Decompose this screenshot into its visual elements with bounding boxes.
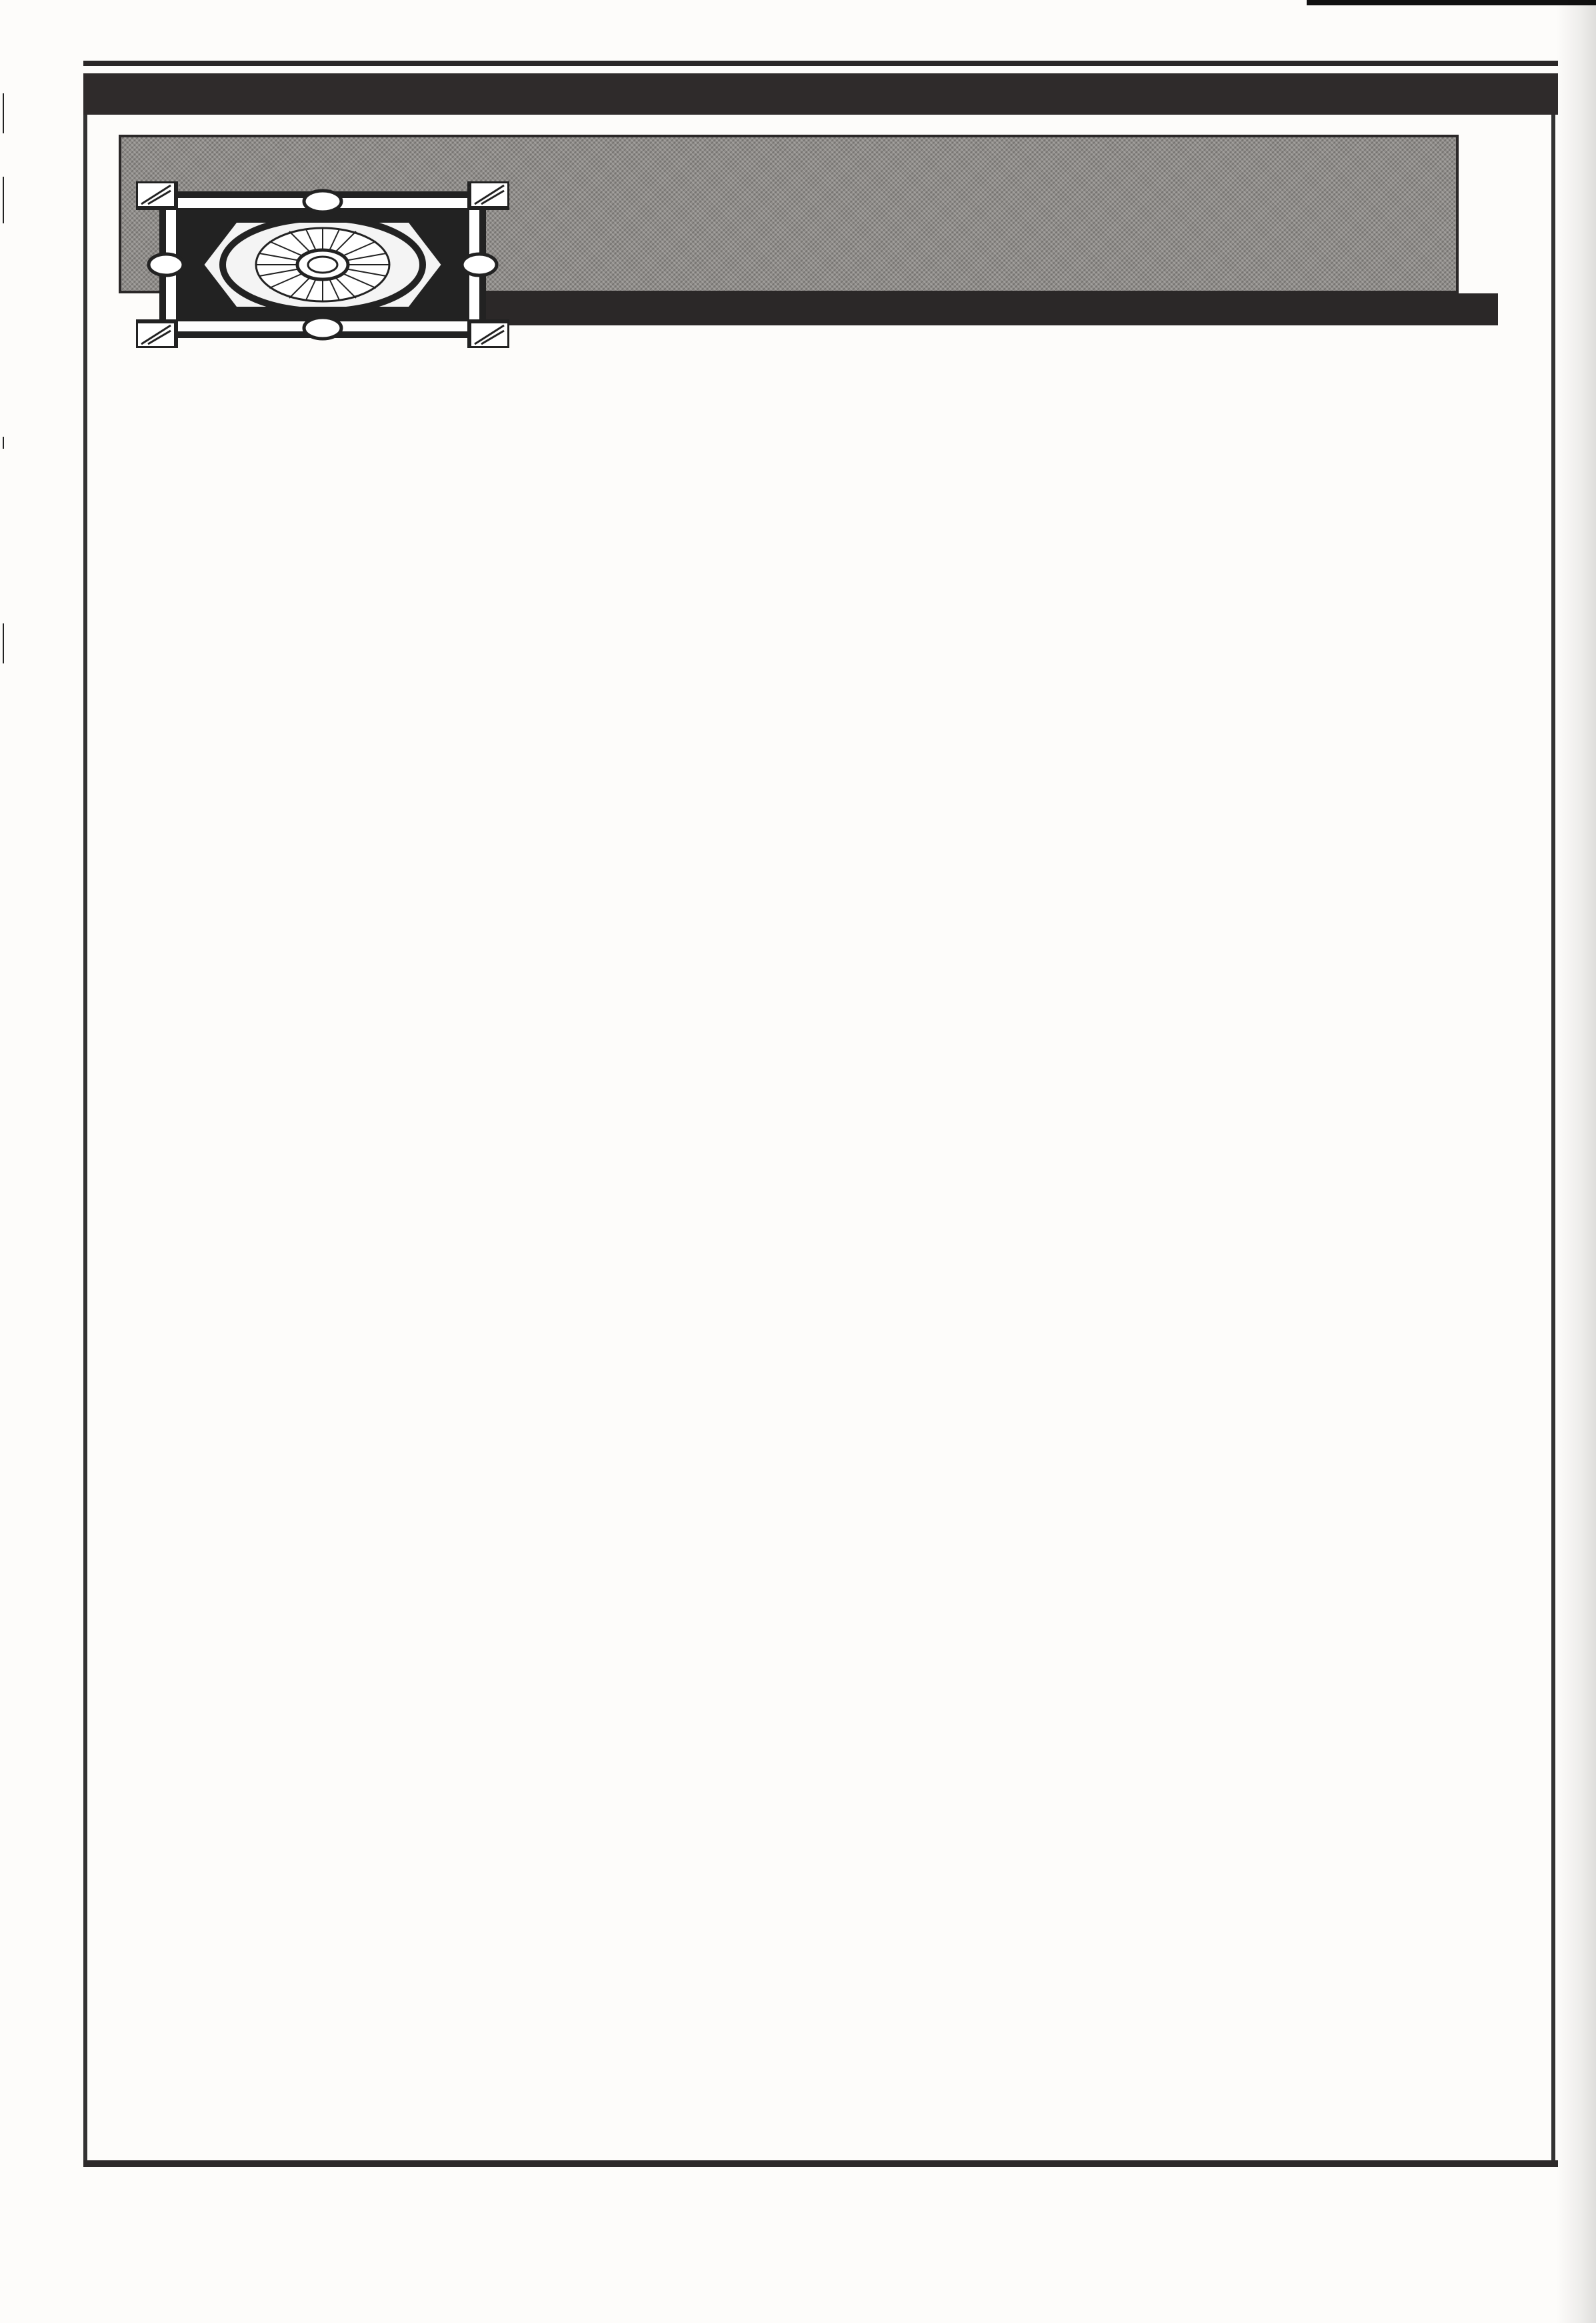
top-rule (83, 61, 1558, 66)
running-header (83, 73, 1558, 115)
ornamental-sunburst-emblem-icon (136, 181, 509, 348)
decorative-spike-row-bottom (572, 2196, 1039, 2250)
bottom-rule (83, 2160, 1558, 2167)
page-gutter-shadow (1556, 0, 1596, 2323)
margin-mark (3, 177, 4, 223)
decorative-spike-row-top (93, 27, 1560, 51)
margin-mark (3, 93, 4, 133)
page-footer (72, 2227, 84, 2260)
margin-mark (3, 437, 4, 449)
margin-mark (3, 623, 4, 663)
page-frame (83, 73, 1555, 2160)
scan-edge (1307, 0, 1596, 5)
